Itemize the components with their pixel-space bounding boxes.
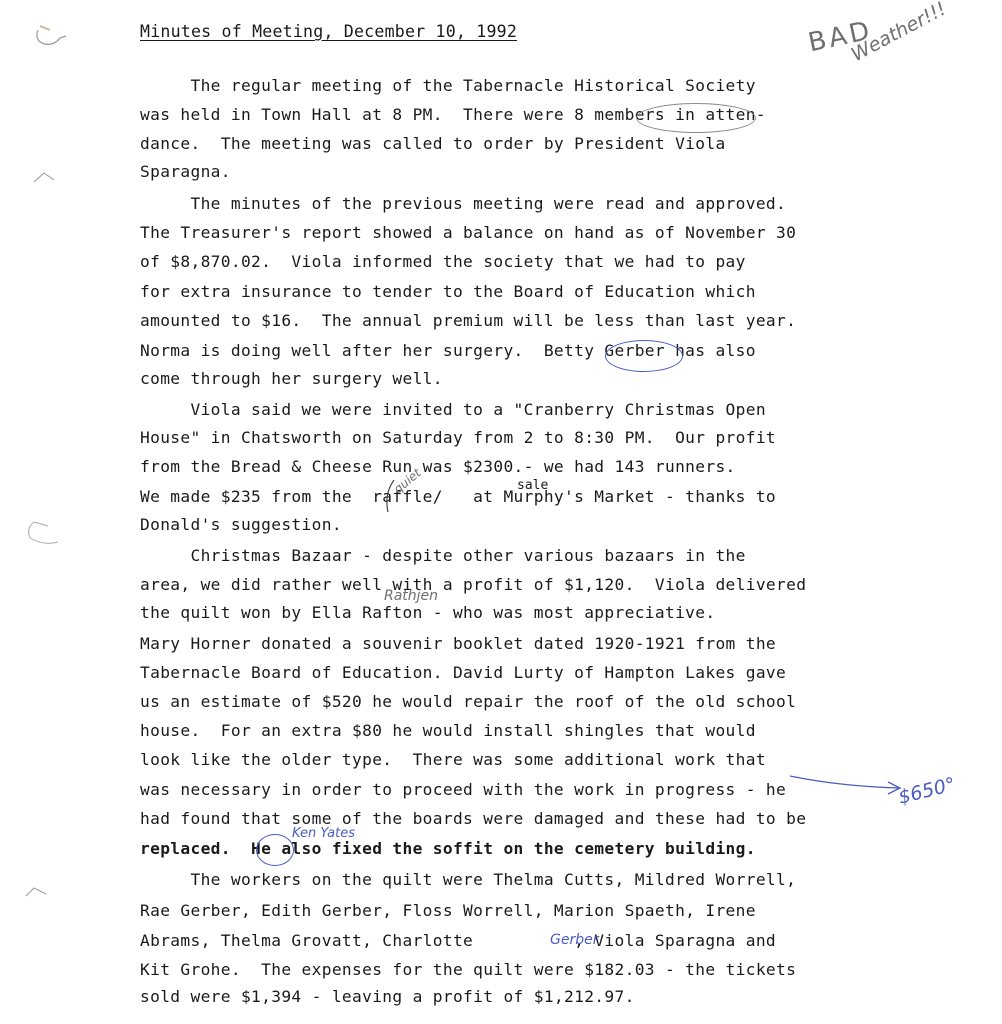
body-line: Rae Gerber, Edith Gerber, Floss Worrell,… [140,901,756,920]
body-line: House" in Chatsworth on Saturday from 2 … [140,428,776,447]
body-line: dance. The meeting was called to order b… [140,134,726,153]
margin-tick-mark [32,170,56,184]
body-line: us an estimate of $520 he would repair t… [140,692,796,711]
body-line: from the Bread & Cheese Run was $2300.- … [140,457,736,476]
scanned-document-page: Minutes of Meeting, December 10, 1992 Th… [0,0,1002,1024]
insertion-caret [382,478,398,514]
annotation-rathjen: Rathjen [384,588,438,604]
body-line: replaced. He also fixed the soffit on th… [140,839,756,858]
body-line: Tabernacle Board of Education. David Lur… [140,663,786,682]
body-line: Kit Grohe. The expenses for the quilt we… [140,960,796,979]
body-line: Christmas Bazaar - despite other various… [140,546,746,565]
body-line: sold were $1,394 - leaving a profit of $… [140,987,635,1006]
annotation-ken-yates: Ken Yates [292,826,355,841]
annotation-sale: sale [517,478,548,493]
margin-punch-mark [24,518,64,548]
body-line: area, we did rather well with a profit o… [140,575,806,594]
body-line: The workers on the quilt were Thelma Cut… [140,870,796,889]
body-line: come through her surgery well. [140,369,443,388]
body-line: of $8,870.02. Viola informed the society… [140,252,746,271]
body-line: look like the older type. There was some… [140,750,766,769]
body-line: the quilt won by Ella Rafton - who was m… [140,603,715,622]
body-line: Sparagna. [140,162,231,181]
body-line: Mary Horner donated a souvenir booklet d… [140,634,776,653]
annotation-gerber: Gerber [550,932,598,948]
body-line: The Treasurer's report showed a balance … [140,223,796,242]
body-line: Norma is doing well after her surgery. B… [140,341,756,360]
staple-mark [30,18,70,48]
body-line: was necessary in order to proceed with t… [140,780,786,799]
body-line: The regular meeting of the Tabernacle Hi… [140,76,756,95]
body-line: was held in Town Hall at 8 PM. There wer… [140,105,766,124]
body-line: house. For an extra $80 he would install… [140,721,756,740]
body-line: Donald's suggestion. [140,515,342,534]
body-line: We made $235 from the raffle/ at Murphy'… [140,487,776,506]
body-line: Abrams, Thelma Grovatt, Charlotte , Viol… [140,931,776,950]
arrow-to-650 [788,772,908,802]
body-line: for extra insurance to tender to the Boa… [140,282,756,301]
document-title: Minutes of Meeting, December 10, 1992 [140,22,517,41]
body-line: The minutes of the previous meeting were… [140,194,786,213]
body-line: had found that some of the boards were d… [140,809,806,828]
body-line: amounted to $16. The annual premium will… [140,311,796,330]
margin-tick-mark [24,884,48,898]
body-line: Viola said we were invited to a "Cranber… [140,400,766,419]
